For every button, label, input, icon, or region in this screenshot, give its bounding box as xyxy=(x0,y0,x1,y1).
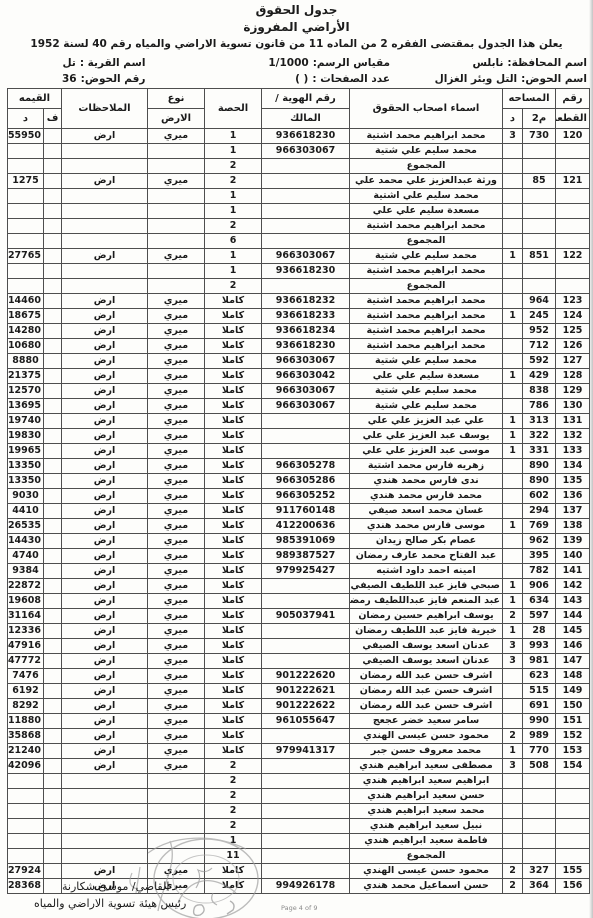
cell-vd xyxy=(7,279,43,294)
cell-share: كاملا xyxy=(205,609,262,624)
cell-vd xyxy=(7,234,43,249)
cell-id: 901222620 xyxy=(262,669,350,684)
cell-notes: ارض xyxy=(62,474,148,489)
cell-id: 911760148 xyxy=(262,504,350,519)
cell-vd: 42096 xyxy=(7,759,43,774)
cell-id xyxy=(262,759,350,774)
cell-id: 966303042 xyxy=(262,369,350,384)
governorate-field: اسم المحافظة:نابلس xyxy=(435,55,587,71)
cell-m2: 890 xyxy=(523,459,556,474)
cell-vd xyxy=(7,264,43,279)
cell-parcel xyxy=(556,279,590,294)
cell-m2: 327 xyxy=(523,864,556,879)
cell-notes: ارض xyxy=(62,339,148,354)
cell-share: كاملا xyxy=(205,354,262,369)
cell-vd: 11880 xyxy=(7,714,43,729)
cell-notes xyxy=(62,804,148,819)
cell-owner: محمد سليم علي شتية xyxy=(350,399,503,414)
cell-owner: محمد سليم علي اشتية xyxy=(350,189,503,204)
cell-parcel xyxy=(556,189,590,204)
cell-d xyxy=(503,219,523,234)
cell-parcel: 146 xyxy=(556,639,590,654)
cell-owner: صبحي فايز عبد اللطيف الصيفي xyxy=(350,579,503,594)
cell-m2: 28 xyxy=(523,624,556,639)
cell-id xyxy=(262,864,350,879)
header-notes: الملاحظات xyxy=(62,89,148,129)
cell-share: كاملا xyxy=(205,654,262,669)
cell-d xyxy=(503,774,523,789)
cell-id: 961055647 xyxy=(262,714,350,729)
cell-parcel: 150 xyxy=(556,699,590,714)
cell-owner: امينه احمد داود اشتيه xyxy=(350,564,503,579)
cell-share: كاملا xyxy=(205,534,262,549)
cell-notes: ارض xyxy=(62,174,148,189)
header-area-m2: م2 xyxy=(523,109,556,129)
header-id-number: رقم الهوية / xyxy=(262,89,350,109)
cell-id xyxy=(262,594,350,609)
cell-share: كاملا xyxy=(205,864,262,879)
cell-parcel: 155 xyxy=(556,864,590,879)
cell-m2: 313 xyxy=(523,414,556,429)
cell-share: كاملا xyxy=(205,624,262,639)
table-row: 1323221يوسف عبد العزيز علي عليكاملاميريا… xyxy=(7,429,589,444)
cell-vf xyxy=(44,234,62,249)
cell-id xyxy=(262,189,350,204)
cell-vf xyxy=(44,369,62,384)
cell-notes: ارض xyxy=(62,624,148,639)
cell-share: كاملا xyxy=(205,294,262,309)
cell-vf xyxy=(44,639,62,654)
cell-id xyxy=(262,834,350,849)
cell-notes: ارض xyxy=(62,864,148,879)
cell-d xyxy=(503,834,523,849)
cell-owner: المجموع xyxy=(350,279,503,294)
cell-share: كاملا xyxy=(205,324,262,339)
cell-id xyxy=(262,234,350,249)
cell-type: ميري xyxy=(148,354,205,369)
table-row: 1228511محمد سليم علي شتية9663030671ميريا… xyxy=(7,249,589,264)
cell-share: كاملا xyxy=(205,879,262,894)
cell-m2: 602 xyxy=(523,489,556,504)
cell-vd xyxy=(7,774,43,789)
cell-share: كاملا xyxy=(205,384,262,399)
cell-id: 412200636 xyxy=(262,519,350,534)
cell-d xyxy=(503,279,523,294)
cell-notes: ارض xyxy=(62,534,148,549)
village-value: تل xyxy=(63,57,76,69)
cell-share: 1 xyxy=(205,204,262,219)
cell-vf xyxy=(44,504,62,519)
cell-share: 6 xyxy=(205,234,262,249)
table-row: 126712محمد ابراهيم محمد اشتية936618230كا… xyxy=(7,339,589,354)
table-row: محمد ابراهيم محمد اشتية2 xyxy=(7,219,589,234)
table-row: حسن سعيد ابراهيم هندي2 xyxy=(7,789,589,804)
cell-m2 xyxy=(523,774,556,789)
cell-vd: 26535 xyxy=(7,519,43,534)
cell-m2: 964 xyxy=(523,294,556,309)
cell-vd: 8880 xyxy=(7,354,43,369)
cell-id xyxy=(262,174,350,189)
rights-table: رقم المساحه اسماء اصحاب الحقوق رقم الهوي… xyxy=(7,88,590,894)
cell-vf xyxy=(44,654,62,669)
cell-vf xyxy=(44,849,62,864)
cell-m2 xyxy=(523,219,556,234)
pages-count-label: عدد الصفحات : xyxy=(312,73,390,85)
cell-vd: 13695 xyxy=(7,399,43,414)
table-row: محمد سعيد ابراهيم هندي2 xyxy=(7,804,589,819)
cell-owner: غسان محمد اسعد صيفي xyxy=(350,504,503,519)
cell-parcel xyxy=(556,234,590,249)
cell-m2: 331 xyxy=(523,444,556,459)
cell-vf xyxy=(44,414,62,429)
cell-d xyxy=(503,189,523,204)
cell-owner: محمد سليم علي شتية xyxy=(350,249,503,264)
cell-owner: محمد سليم علي شتية xyxy=(350,354,503,369)
cell-m2 xyxy=(523,264,556,279)
cell-vf xyxy=(44,189,62,204)
cell-d xyxy=(503,144,523,159)
cell-type: ميري xyxy=(148,624,205,639)
cell-share: 11 xyxy=(205,849,262,864)
cell-d xyxy=(503,234,523,249)
cell-m2: 906 xyxy=(523,579,556,594)
cell-vd: 47916 xyxy=(7,639,43,654)
table-row: 1387691موسى فارس محمد هندي412200636كاملا… xyxy=(7,519,589,534)
cell-vf xyxy=(44,549,62,564)
cell-share: كاملا xyxy=(205,684,262,699)
cell-parcel xyxy=(556,204,590,219)
table-row: ابراهيم سعيد ابراهيم هندي2 xyxy=(7,774,589,789)
cell-vd xyxy=(7,159,43,174)
cell-owner: محمد سليم علي شتية xyxy=(350,144,503,159)
cell-id xyxy=(262,204,350,219)
cell-type xyxy=(148,849,205,864)
cell-type xyxy=(148,159,205,174)
cell-owner: محمد معروف حسن جبر xyxy=(350,744,503,759)
scale-field: مقياس الرسم:1/1000 xyxy=(268,55,390,71)
cell-owner: محمد سليم علي شتية xyxy=(350,384,503,399)
cell-vd: 8292 xyxy=(7,699,43,714)
cell-type: ميري xyxy=(148,339,205,354)
cell-notes: ارض xyxy=(62,759,148,774)
table-row: محمد ابراهيم محمد اشتية9366182301 xyxy=(7,264,589,279)
cell-vf xyxy=(44,819,62,834)
cell-vf xyxy=(44,354,62,369)
cell-m2: 851 xyxy=(523,249,556,264)
cell-d xyxy=(503,789,523,804)
cell-type: ميري xyxy=(148,534,205,549)
cell-share: كاملا xyxy=(205,399,262,414)
cell-notes: ارض xyxy=(62,369,148,384)
cell-parcel xyxy=(556,834,590,849)
cell-vf xyxy=(44,429,62,444)
cell-d xyxy=(503,339,523,354)
cell-parcel: 130 xyxy=(556,399,590,414)
table-row: 1429061صبحي فايز عبد اللطيف الصيفيكاملام… xyxy=(7,579,589,594)
cell-id xyxy=(262,444,350,459)
pages-count-value: ( ) xyxy=(295,73,308,85)
cell-vf xyxy=(44,444,62,459)
cell-owner: محمود حسن عيسى الهندي xyxy=(350,864,503,879)
cell-d: 1 xyxy=(503,444,523,459)
cell-parcel xyxy=(556,264,590,279)
cell-id: 905037941 xyxy=(262,609,350,624)
cell-vf xyxy=(44,249,62,264)
cell-parcel xyxy=(556,774,590,789)
cell-id: 966305252 xyxy=(262,489,350,504)
cell-notes: ارض xyxy=(62,729,148,744)
cell-m2 xyxy=(523,834,556,849)
cell-type: ميري xyxy=(148,519,205,534)
cell-owner: يوسف ابراهيم حسين رمضان xyxy=(350,609,503,624)
cell-notes: ارض xyxy=(62,414,148,429)
cell-parcel xyxy=(556,219,590,234)
table-row: المجموع11 xyxy=(7,849,589,864)
table-row: 1242451محمد ابراهيم محمد اشتية936618233ك… xyxy=(7,309,589,324)
cell-vd: 19830 xyxy=(7,429,43,444)
cell-parcel: 137 xyxy=(556,504,590,519)
cell-share: 2 xyxy=(205,174,262,189)
cell-id: 966305278 xyxy=(262,459,350,474)
cell-type: ميري xyxy=(148,594,205,609)
cell-type: ميري xyxy=(148,744,205,759)
cell-vd: 21240 xyxy=(7,744,43,759)
table-row: المجموع6 xyxy=(7,234,589,249)
cell-id: 901222621 xyxy=(262,684,350,699)
cell-owner: محمد ابراهيم محمد اشتية xyxy=(350,309,503,324)
cell-id xyxy=(262,579,350,594)
cell-notes: ارض xyxy=(62,384,148,399)
cell-notes xyxy=(62,264,148,279)
cell-notes xyxy=(62,774,148,789)
cell-d xyxy=(503,384,523,399)
cell-m2: 770 xyxy=(523,744,556,759)
cell-notes: ارض xyxy=(62,744,148,759)
cell-vf xyxy=(44,759,62,774)
cell-owner: مسعدة سليم علي علي xyxy=(350,204,503,219)
table-row: 151990سامر سعيد خضر عجعج961055647كاملامي… xyxy=(7,714,589,729)
table-row: 149515اشرف حسن عبد الله رمضان901222621كا… xyxy=(7,684,589,699)
village-label: اسم القرية : xyxy=(80,57,146,69)
cell-id xyxy=(262,849,350,864)
cell-id xyxy=(262,729,350,744)
cell-id xyxy=(262,774,350,789)
cell-type: ميري xyxy=(148,174,205,189)
cell-d xyxy=(503,714,523,729)
cell-id xyxy=(262,429,350,444)
cell-id: 966303067 xyxy=(262,399,350,414)
cell-parcel: 125 xyxy=(556,324,590,339)
cell-m2: 508 xyxy=(523,759,556,774)
table-row: 1207303محمد ابراهيم محمد اشتية9366182301… xyxy=(7,129,589,144)
cell-owner: سامر سعيد خضر عجعج xyxy=(350,714,503,729)
declaration-line: يعلن هذا الجدول بمقتضى الفقره 2 من الماد… xyxy=(0,38,593,50)
table-row: محمد سليم علي شتية9663030671 xyxy=(7,144,589,159)
cell-share: كاملا xyxy=(205,564,262,579)
cell-type: ميري xyxy=(148,399,205,414)
cell-m2: 712 xyxy=(523,339,556,354)
cell-vf xyxy=(44,264,62,279)
basin-number-field: رقم الحوض:36 xyxy=(62,71,145,87)
cell-vf xyxy=(44,729,62,744)
cell-vd: 35868 xyxy=(7,729,43,744)
cell-owner: مسعدة سليم علي علي xyxy=(350,369,503,384)
table-row: 1313131علي عبد العزيز علي عليكاملاميريار… xyxy=(7,414,589,429)
cell-type: ميري xyxy=(148,369,205,384)
cell-vd xyxy=(7,834,43,849)
cell-d xyxy=(503,699,523,714)
table-row: 1545083مصطفى سعيد ابراهيم هندي2ميريارض42… xyxy=(7,759,589,774)
cell-id: 966303067 xyxy=(262,384,350,399)
cell-m2: 786 xyxy=(523,399,556,414)
cell-vd: 19740 xyxy=(7,414,43,429)
cell-id xyxy=(262,624,350,639)
cell-notes xyxy=(62,849,148,864)
cell-m2 xyxy=(523,144,556,159)
cell-d: 1 xyxy=(503,249,523,264)
cell-parcel: 129 xyxy=(556,384,590,399)
cell-id: 936618230 xyxy=(262,264,350,279)
table-row: فاطمة سعيد ابراهيم هندي1 xyxy=(7,834,589,849)
header-area: المساحه xyxy=(503,89,556,109)
cell-parcel: 134 xyxy=(556,459,590,474)
header-value: القيمه xyxy=(7,89,61,109)
table-row: 136602محمد فارس محمد هندي966305252كاملام… xyxy=(7,489,589,504)
cell-vd: 22872 xyxy=(7,579,43,594)
cell-share: 1 xyxy=(205,129,262,144)
cell-vf xyxy=(44,339,62,354)
table-row: 1333311موسى عبد العزيز علي عليكاملاميريا… xyxy=(7,444,589,459)
cell-type xyxy=(148,144,205,159)
table-row: 129838محمد سليم علي شتية966303067كاملامي… xyxy=(7,384,589,399)
cell-type xyxy=(148,264,205,279)
cell-m2: 245 xyxy=(523,309,556,324)
cell-vd: 28368 xyxy=(7,879,43,894)
cell-notes: ارض xyxy=(62,504,148,519)
cell-share: 2 xyxy=(205,774,262,789)
cell-parcel: 132 xyxy=(556,429,590,444)
header-value-dinar: د xyxy=(7,109,43,129)
cell-notes xyxy=(62,789,148,804)
cell-vd: 27924 xyxy=(7,864,43,879)
cell-notes xyxy=(62,219,148,234)
cell-id xyxy=(262,819,350,834)
cell-notes xyxy=(62,159,148,174)
cell-type xyxy=(148,204,205,219)
cell-share: كاملا xyxy=(205,594,262,609)
cell-vd: 19608 xyxy=(7,594,43,609)
cell-vd: 1275 xyxy=(7,174,43,189)
cell-parcel: 123 xyxy=(556,294,590,309)
cell-owner: علي عبد العزيز علي علي xyxy=(350,414,503,429)
cell-vf xyxy=(44,159,62,174)
cell-id: 985391069 xyxy=(262,534,350,549)
table-row: 135890ندى فارس محمد هندي966305286كاملامي… xyxy=(7,474,589,489)
cell-d xyxy=(503,264,523,279)
cell-owner: عدنان اسعد يوسف الصيفي xyxy=(350,654,503,669)
cell-type: ميري xyxy=(148,549,205,564)
cell-vd: 55950 xyxy=(7,129,43,144)
cell-owner: ندى فارس محمد هندي xyxy=(350,474,503,489)
cell-id xyxy=(262,639,350,654)
cell-id xyxy=(262,654,350,669)
cell-share: كاملا xyxy=(205,429,262,444)
governorate-value: نابلس xyxy=(472,57,503,69)
cell-parcel xyxy=(556,804,590,819)
cell-d: 1 xyxy=(503,414,523,429)
cell-owner: موسى فارس محمد هندي xyxy=(350,519,503,534)
header-owners: اسماء اصحاب الحقوق xyxy=(350,89,503,129)
rights-table-header: رقم المساحه اسماء اصحاب الحقوق رقم الهوي… xyxy=(7,89,589,129)
cell-vf xyxy=(44,489,62,504)
cell-type: ميري xyxy=(148,309,205,324)
cell-parcel: 136 xyxy=(556,489,590,504)
cell-type: ميري xyxy=(148,129,205,144)
cell-notes xyxy=(62,144,148,159)
cell-vf xyxy=(44,309,62,324)
cell-type: ميري xyxy=(148,639,205,654)
cell-d xyxy=(503,354,523,369)
cell-id: 936618230 xyxy=(262,339,350,354)
cell-d: 3 xyxy=(503,654,523,669)
basin-number-value: 36 xyxy=(62,73,77,85)
cell-owner: اشرف حسن عبد الله رمضان xyxy=(350,699,503,714)
cell-share: 1 xyxy=(205,189,262,204)
cell-id: 966303067 xyxy=(262,144,350,159)
cell-type: ميري xyxy=(148,759,205,774)
cell-owner: ابراهيم سعيد ابراهيم هندي xyxy=(350,774,503,789)
cell-parcel: 154 xyxy=(556,759,590,774)
cell-parcel: 140 xyxy=(556,549,590,564)
table-row: 150691اشرف حسن عبد الله رمضان901222622كا… xyxy=(7,699,589,714)
cell-owner: محمد ابراهيم محمد اشتية xyxy=(350,294,503,309)
cell-share: 1 xyxy=(205,834,262,849)
cell-m2: 890 xyxy=(523,474,556,489)
page-number: Page 4 of 9 xyxy=(281,904,317,912)
cell-vd: 9030 xyxy=(7,489,43,504)
table-row: 141782امينه احمد داود اشتيه979925427كامل… xyxy=(7,564,589,579)
cell-parcel: 156 xyxy=(556,879,590,894)
cell-d: 2 xyxy=(503,609,523,624)
cell-type xyxy=(148,819,205,834)
cell-vd: 14280 xyxy=(7,324,43,339)
cell-vd: 14430 xyxy=(7,534,43,549)
cell-vd: 12336 xyxy=(7,624,43,639)
cell-m2 xyxy=(523,234,556,249)
cell-parcel: 145 xyxy=(556,624,590,639)
pages-count-field: عدد الصفحات :( ) xyxy=(268,71,390,87)
basin-number-label: رقم الحوض: xyxy=(81,73,146,85)
cell-vd: 4410 xyxy=(7,504,43,519)
cell-id: 936618234 xyxy=(262,324,350,339)
document-subtitle: الأراضي المفروزة xyxy=(0,20,593,34)
cell-parcel: 122 xyxy=(556,249,590,264)
cell-id xyxy=(262,159,350,174)
cell-share: كاملا xyxy=(205,504,262,519)
cell-parcel xyxy=(556,819,590,834)
table-row: 139962عصام بكر صالح زيدان985391069كاملام… xyxy=(7,534,589,549)
cell-vf xyxy=(44,204,62,219)
cell-share: كاملا xyxy=(205,699,262,714)
cell-d: 1 xyxy=(503,594,523,609)
cell-notes: ارض xyxy=(62,669,148,684)
table-row: 1553272محمود حسن عيسى الهنديكاملاميريارض… xyxy=(7,864,589,879)
cell-d: 1 xyxy=(503,579,523,594)
cell-notes xyxy=(62,834,148,849)
header-parcel-no-2: القطعة xyxy=(556,109,590,129)
cell-share: 1 xyxy=(205,264,262,279)
cell-m2: 597 xyxy=(523,609,556,624)
